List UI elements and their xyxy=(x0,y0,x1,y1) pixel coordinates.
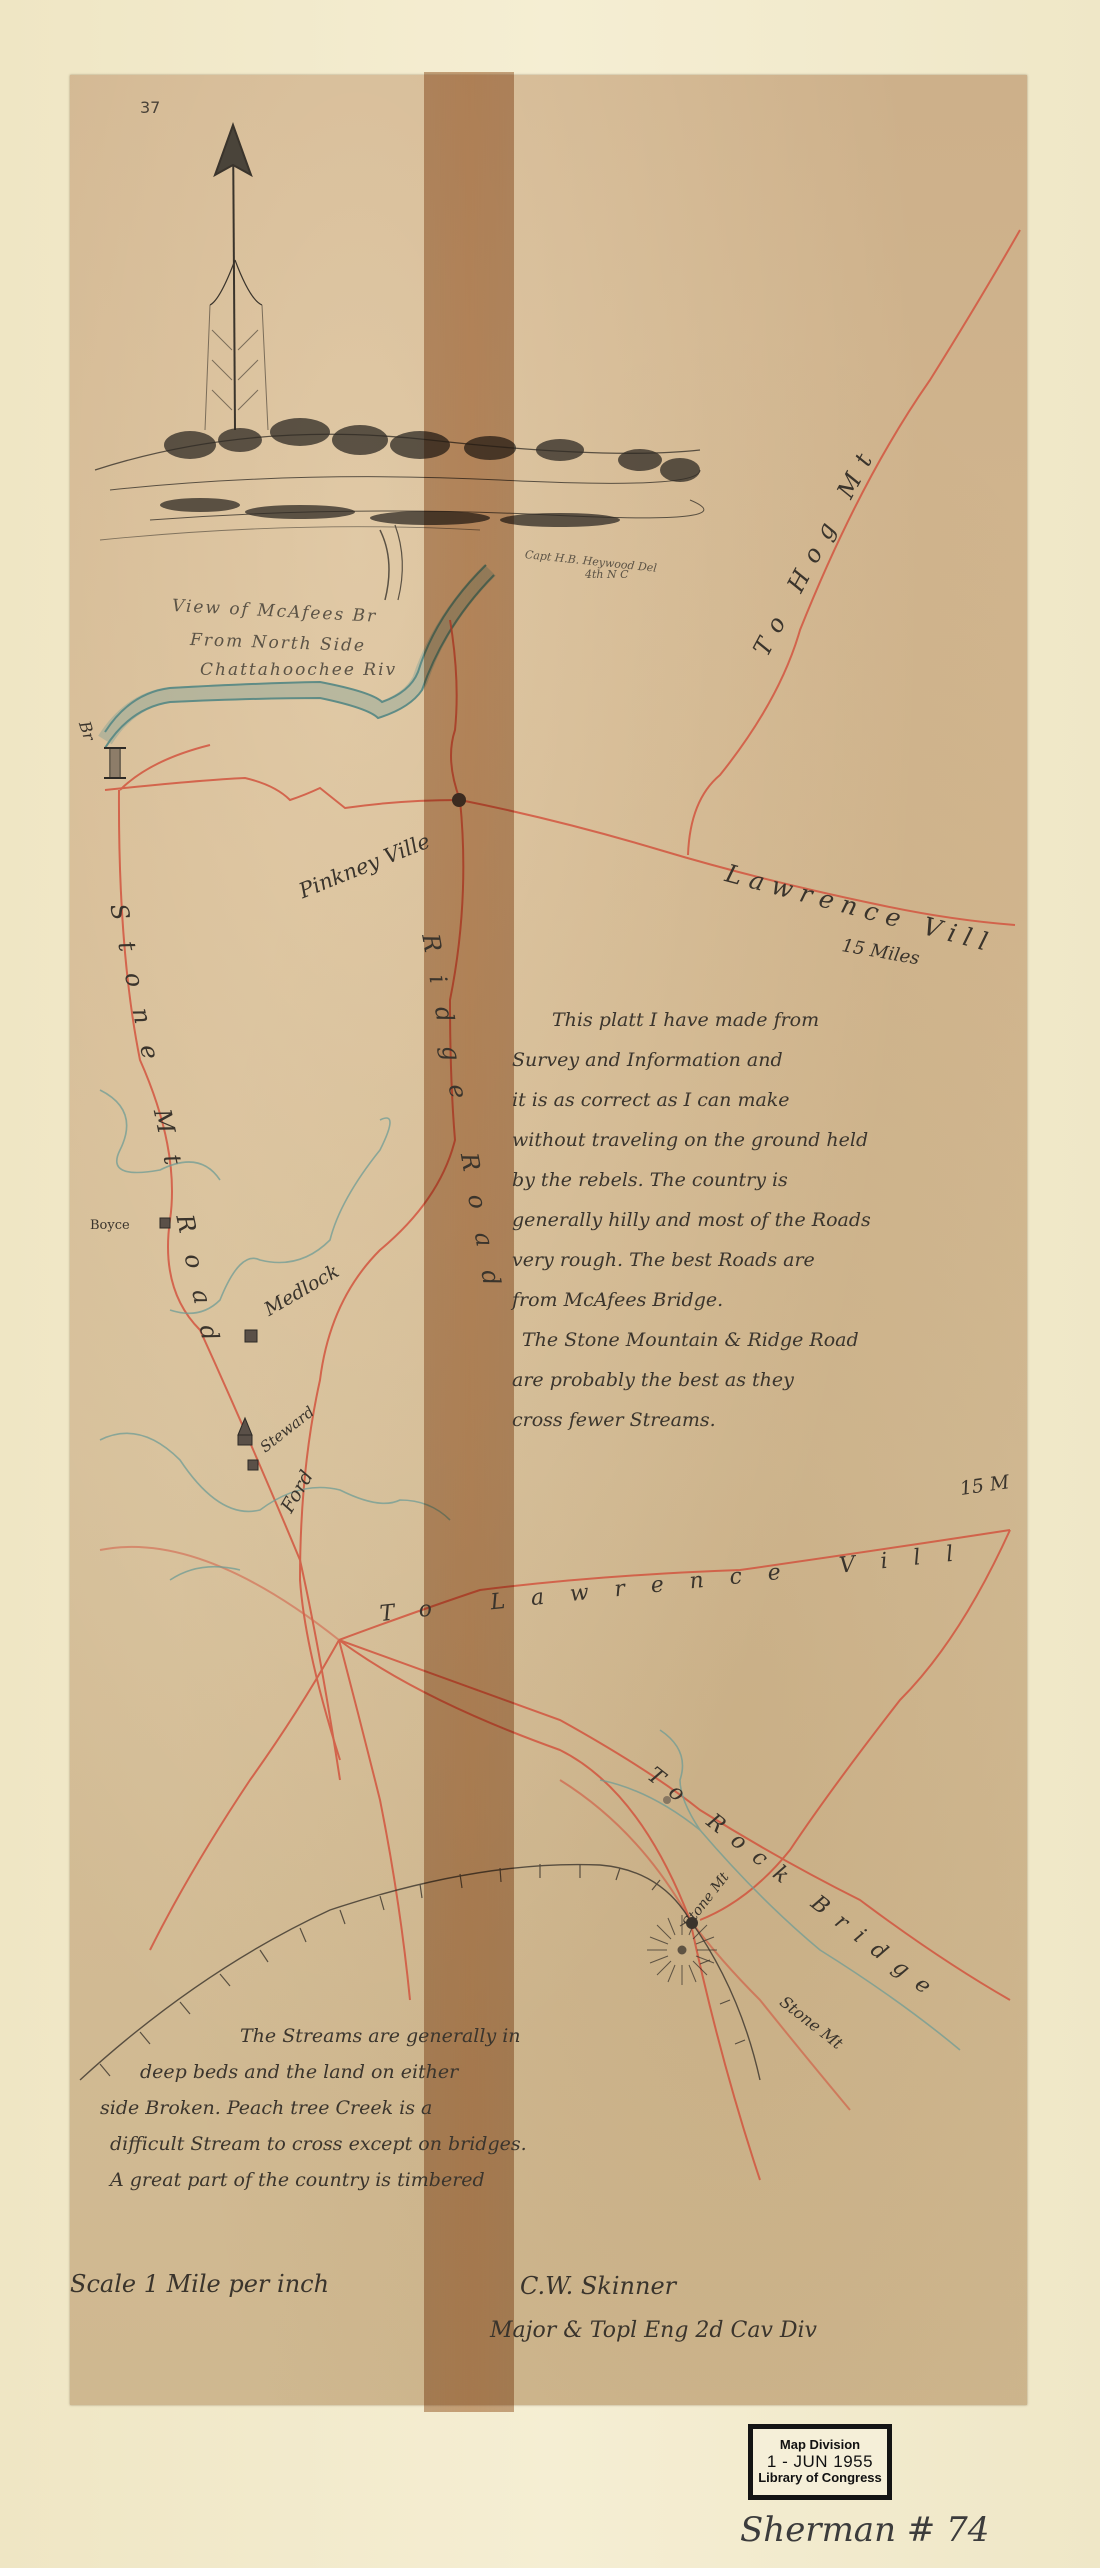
boyce-house-icon xyxy=(160,1218,170,1228)
note-line: without traveling on the ground held xyxy=(512,1120,871,1160)
note-line: deep beds and the land on either xyxy=(100,2054,527,2090)
medlock-house-icon xyxy=(245,1330,257,1342)
note-line: cross fewer Streams. xyxy=(512,1400,871,1440)
note-line: by the rebels. The country is xyxy=(512,1160,871,1200)
stone-mountain-hachure xyxy=(647,1915,717,1985)
streams-notes: The Streams are generally in deep beds a… xyxy=(100,2018,527,2198)
surveyor-notes: This platt I have made from Survey and I… xyxy=(512,1000,871,1440)
stamp-division: Map Division xyxy=(780,2438,860,2452)
note-line: The Streams are generally in xyxy=(100,2018,527,2054)
steward-house-icon xyxy=(248,1460,258,1470)
stamp-library: Library of Congress xyxy=(758,2471,882,2485)
note-line: it is as correct as I can make xyxy=(512,1080,871,1120)
note-line: A great part of the country is timbered xyxy=(100,2162,527,2198)
stamp-date: 1 - JUN 1955 xyxy=(767,2453,873,2472)
north-arrow-icon xyxy=(205,125,268,430)
note-line: generally hilly and most of the Roads xyxy=(512,1200,871,1240)
note-line: difficult Stream to cross except on brid… xyxy=(100,2126,527,2162)
call-number: Sherman # 74 xyxy=(740,2510,989,2550)
page-number: 37 xyxy=(140,98,160,117)
note-line: from McAfees Bridge. xyxy=(512,1280,871,1320)
library-of-congress-stamp: Map Division 1 - JUN 1955 Library of Con… xyxy=(748,2424,892,2500)
bridge-icon xyxy=(104,748,126,778)
signature-name: C.W. Skinner xyxy=(520,2272,676,2300)
note-line: are probably the best as they xyxy=(512,1360,871,1400)
note-line: very rough. The best Roads are xyxy=(512,1240,871,1280)
note-line: Survey and Information and xyxy=(512,1040,871,1080)
sketch-credit-line-2: 4th N C xyxy=(585,568,629,581)
note-line: This platt I have made from xyxy=(512,1000,871,1040)
note-line: side Broken. Peach tree Creek is a xyxy=(100,2090,527,2126)
sketch-caption-line-3: Chattahoochee Riv xyxy=(200,660,397,680)
scale-note: Scale 1 Mile per inch xyxy=(70,2270,329,2298)
signature-title: Major & Topl Eng 2d Cav Div xyxy=(490,2318,817,2343)
note-line: The Stone Mountain & Ridge Road xyxy=(512,1320,871,1360)
label-boyce: Boyce xyxy=(90,1218,130,1233)
